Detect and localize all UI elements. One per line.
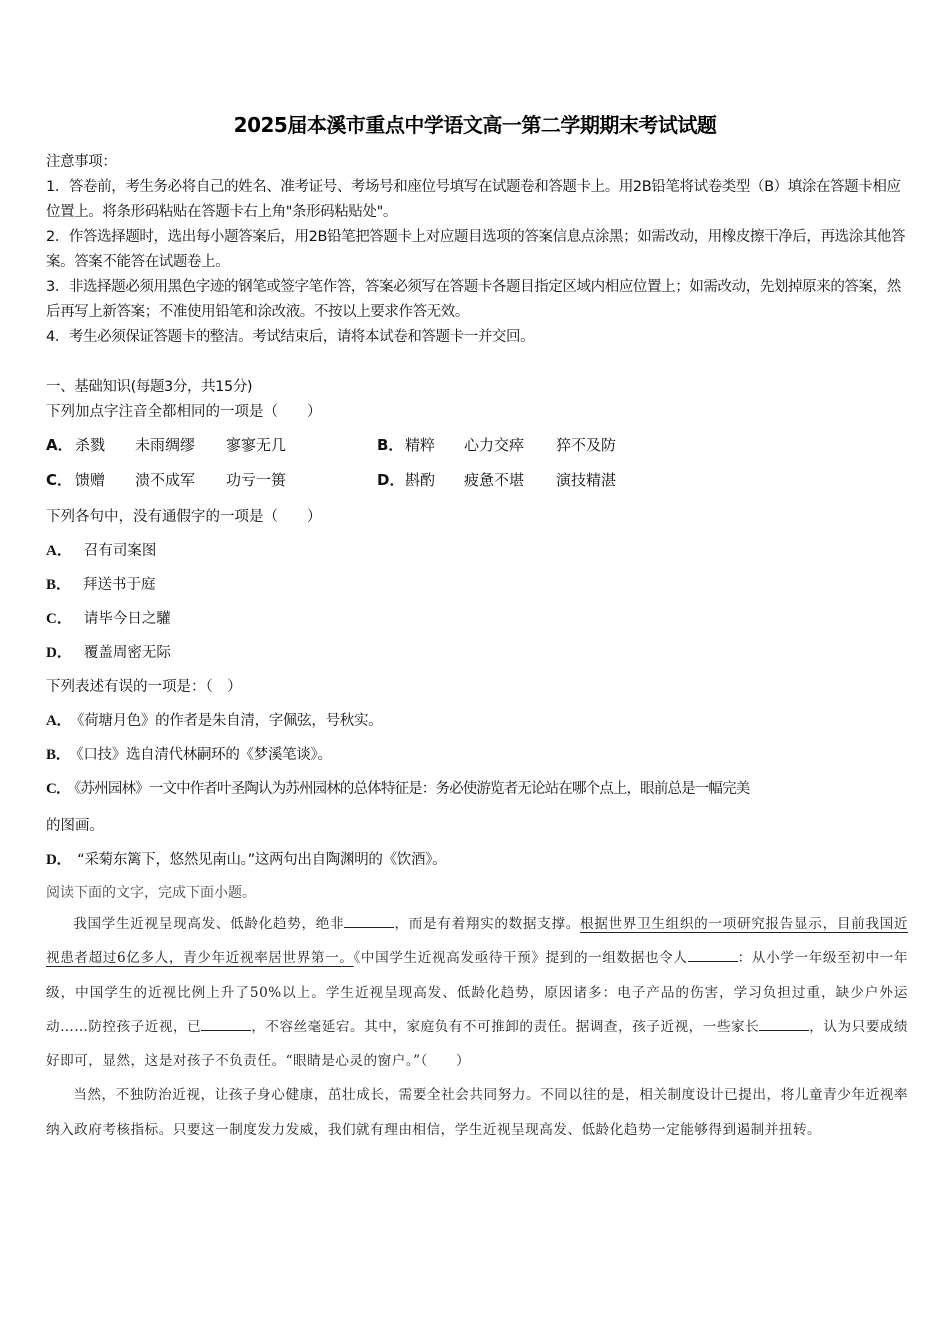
option-word: 斟酌 xyxy=(405,469,435,490)
option-word: 溃不成军 xyxy=(135,469,195,490)
passage-text: 《中国学生近视高发亟待干预》提到的一组数据也令人 xyxy=(354,950,688,966)
passage-text: 我国学生近视呈现高发、低龄化趋势，绝非 xyxy=(73,916,344,932)
fill-blank-2[interactable] xyxy=(688,947,738,962)
option-word: 精粹 xyxy=(405,434,435,455)
question-3-stem: 下列表述有误的一项是：（ ） xyxy=(46,675,242,696)
question-2-option-a[interactable]: A．召有司案图 xyxy=(46,539,156,560)
option-text: “采菊东篱下，悠然见南山。”这两句出自陶渊明的《饮酒》。 xyxy=(77,852,446,868)
exam-page: 2025届本溪市重点中学语文高一第二学期期末考试试题 注意事项： 1．答卷前，考… xyxy=(0,0,950,1344)
reading-instruction: 阅读下面的文字，完成下面小题。 xyxy=(46,882,256,902)
option-letter: C． xyxy=(46,611,72,627)
question-3-option-a[interactable]: A．《荷塘月色》的作者是朱自清，字佩弦，号秋实。 xyxy=(46,709,382,730)
option-letter: A． xyxy=(46,713,71,729)
option-text: 《荷塘月色》的作者是朱自清，字佩弦，号秋实。 xyxy=(77,713,382,729)
option-letter: A． xyxy=(46,543,72,559)
option-letter: B． xyxy=(46,577,71,593)
option-word: 功亏一篑 xyxy=(226,469,286,490)
notice-item-4: 4．考生必须保证答题卡的整洁。考试结束后，请将本试卷和答题卡一并交回。 xyxy=(46,325,908,350)
option-word: 寥寥无几 xyxy=(226,434,286,455)
option-word: 疲惫不堪 xyxy=(464,469,524,490)
fill-blank-3[interactable] xyxy=(201,1016,251,1031)
exam-title: 2025届本溪市重点中学语文高一第二学期期末考试试题 xyxy=(0,112,950,138)
passage-paragraph-2: 当然，不独防治近视，让孩子身心健康，茁壮成长，需要全社会共同努力。不同以往的是，… xyxy=(46,1078,908,1147)
question-1-stem: 下列加点字注音全都相同的一项是（ ） xyxy=(46,400,322,421)
notice-item-3: 3．非选择题必须用黑色字迹的钢笔或签字笔作答，答案必须写在答题卡各题目指定区域内… xyxy=(46,275,908,325)
question-3-option-d[interactable]: D．“采菊东篱下，悠然见南山。”这两句出自陶渊明的《饮酒》。 xyxy=(46,848,446,869)
option-word: 杀戮 xyxy=(75,434,105,455)
option-word: 未雨绸缪 xyxy=(135,434,195,455)
option-word: 心力交瘁 xyxy=(464,434,524,455)
option-letter: B． xyxy=(46,747,70,763)
option-text: 《口技》选自清代林嗣环的《梦溪笔谈》。 xyxy=(76,747,331,763)
notice-item-2: 2．作答选择题时，选出每小题答案后，用2B铅笔把答题卡上对应题目选项的答案信息点… xyxy=(46,225,908,275)
question-3-option-b[interactable]: B．《口技》选自清代林嗣环的《梦溪笔谈》。 xyxy=(46,743,332,764)
question-2-stem: 下列各句中，没有通假字的一项是（ ） xyxy=(46,505,322,526)
option-text: 拜送书于庭 xyxy=(83,577,156,593)
section-heading: 一、基础知识(每题3分，共15分) xyxy=(46,375,252,396)
question-2-option-d[interactable]: D．覆盖周密无际 xyxy=(46,641,171,662)
option-text: 《苏州园林》一文中作者叶圣陶认为苏州园林的总体特征是：务必使游览者无论站在哪个点… xyxy=(74,781,749,797)
option-letter: D． xyxy=(377,469,404,490)
option-letter: A． xyxy=(46,434,73,455)
option-word: 猝不及防 xyxy=(556,434,616,455)
question-2-option-c[interactable]: C．请毕今日之驩 xyxy=(46,607,171,628)
option-letter: B． xyxy=(377,434,403,455)
passage-text: ，不容丝毫延宕。其中，家庭负有不可推卸的责任。据调查，孩子近视，一些家长 xyxy=(251,1019,759,1035)
notice-section: 注意事项： 1．答卷前，考生务必将自己的姓名、准考证号、考场号和座位号填写在试题… xyxy=(46,150,908,350)
reading-passage: 我国学生近视呈现高发、低龄化趋势，绝非，而是有着翔实的数据支撑。根据世界卫生组织… xyxy=(46,907,908,1147)
option-letter: D． xyxy=(46,645,72,661)
fill-blank-4[interactable] xyxy=(759,1016,809,1031)
option-word: 馈赠 xyxy=(75,469,105,490)
option-text: 覆盖周密无际 xyxy=(84,645,171,661)
question-3-option-c-continued: 的图画。 xyxy=(46,814,104,835)
option-letter: C． xyxy=(46,469,72,490)
option-text: 召有司案图 xyxy=(84,543,157,559)
notice-heading: 注意事项： xyxy=(46,150,908,175)
question-3-option-c[interactable]: C．《苏州园林》一文中作者叶圣陶认为苏州园林的总体特征是：务必使游览者无论站在哪… xyxy=(46,777,749,798)
option-word: 演技精湛 xyxy=(556,469,616,490)
option-letter: D． xyxy=(46,852,71,868)
passage-paragraph-1: 我国学生近视呈现高发、低龄化趋势，绝非，而是有着翔实的数据支撑。根据世界卫生组织… xyxy=(46,907,908,1078)
option-letter: C． xyxy=(46,781,70,797)
option-text: 请毕今日之驩 xyxy=(84,611,171,627)
passage-text: ，而是有着翔实的数据支撑。 xyxy=(394,916,580,932)
notice-item-1: 1．答卷前，考生务必将自己的姓名、准考证号、考场号和座位号填写在试题卷和答题卡上… xyxy=(46,175,908,225)
question-2-option-b[interactable]: B．拜送书于庭 xyxy=(46,573,156,594)
fill-blank-1[interactable] xyxy=(344,913,394,928)
